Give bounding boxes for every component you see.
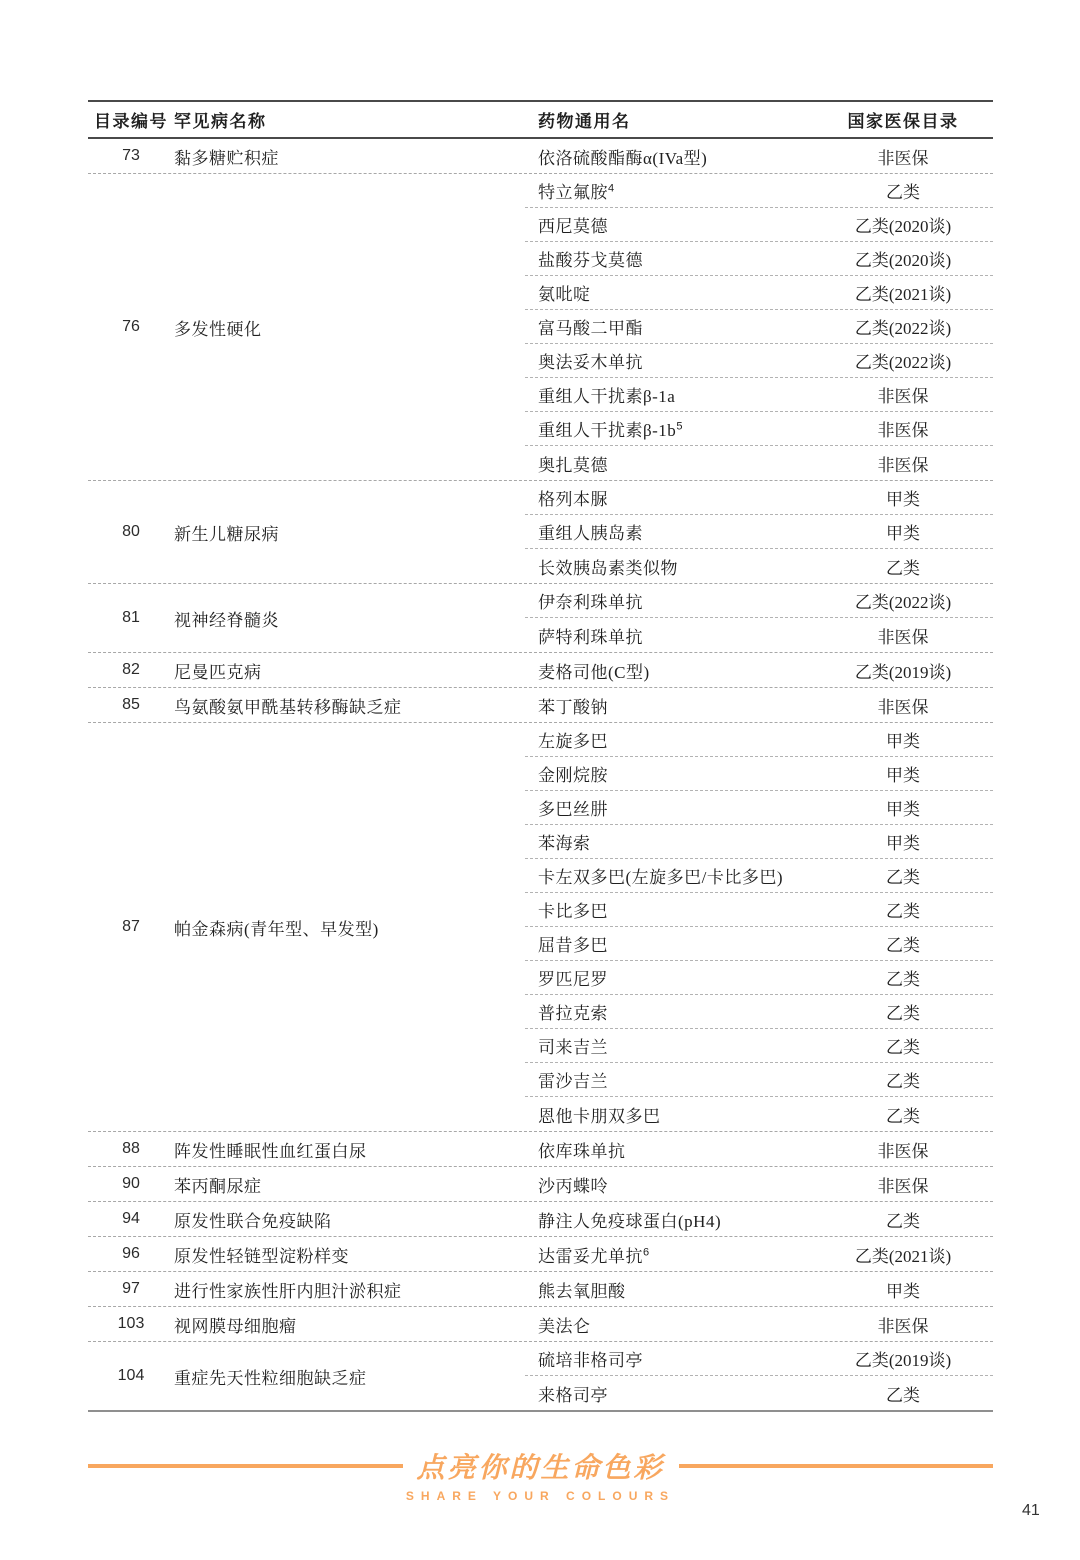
drug-row: 多巴丝肼甲类: [525, 791, 993, 825]
drug-generic-name: 卡比多巴: [525, 897, 813, 922]
drug-list: 熊去氧胆酸甲类: [525, 1272, 993, 1306]
drug-row: 屈昔多巴乙类: [525, 927, 993, 961]
disease-name: 原发性轻链型淀粉样变: [174, 1242, 525, 1267]
disease-name: 进行性家族性肝内胆汁淤积症: [174, 1277, 525, 1302]
drug-generic-name: 氨吡啶: [525, 280, 813, 305]
catalog-number: 97: [88, 1280, 174, 1298]
insurance-category: 非医保: [813, 623, 993, 648]
insurance-category: 非医保: [813, 693, 993, 718]
header-insurance-catalog: 国家医保目录: [813, 107, 993, 132]
drug-generic-name: 奥法妥木单抗: [525, 348, 813, 373]
footnote-marker: 6: [643, 1246, 650, 1258]
drug-generic-name: 苯海索: [525, 829, 813, 854]
drug-list: 依洛硫酸酯酶α(IVa型)非医保: [525, 139, 993, 173]
drug-generic-name: 左旋多巴: [525, 727, 813, 752]
drug-generic-name: 萨特利珠单抗: [525, 623, 813, 648]
drug-generic-name: 重组人胰岛素: [525, 519, 813, 544]
drug-generic-name: 盐酸芬戈莫德: [525, 246, 813, 271]
table-row: 94原发性联合免疫缺陷静注人免疫球蛋白(pH4)乙类: [88, 1202, 993, 1237]
disease-name: 帕金森病(青年型、早发型): [174, 915, 525, 940]
insurance-category: 甲类: [813, 485, 993, 510]
disease-name: 黏多糖贮积症: [174, 144, 525, 169]
table-row: 88阵发性睡眠性血红蛋白尿依库珠单抗非医保: [88, 1132, 993, 1167]
drug-generic-name: 普拉克索: [525, 999, 813, 1024]
drug-generic-name: 富马酸二甲酯: [525, 314, 813, 339]
drug-row: 金刚烷胺甲类: [525, 757, 993, 791]
insurance-category: 乙类(2019谈): [813, 1346, 993, 1371]
disease-name: 新生儿糖尿病: [174, 520, 525, 545]
drug-row: 麦格司他(C型)乙类(2019谈): [525, 653, 993, 687]
catalog-number: 73: [88, 147, 174, 165]
drug-generic-name: 伊奈利珠单抗: [525, 588, 813, 613]
drug-row: 苯丁酸钠非医保: [525, 688, 993, 722]
footer-left-line: [88, 1464, 403, 1468]
catalog-number: 104: [88, 1367, 174, 1385]
drug-row: 来格司亭乙类: [525, 1376, 993, 1410]
table-row: 104重症先天性粒细胞缺乏症硫培非格司亭乙类(2019谈)来格司亭乙类: [88, 1342, 993, 1410]
table-row: 96原发性轻链型淀粉样变达雷妥尤单抗6乙类(2021谈): [88, 1237, 993, 1272]
drug-generic-name: 沙丙蝶呤: [525, 1172, 813, 1197]
drug-generic-name: 多巴丝肼: [525, 795, 813, 820]
drug-generic-name: 来格司亭: [525, 1381, 813, 1406]
footer-logo: 点亮你的生命色彩 SHARE YOUR COLOURS: [88, 1446, 993, 1503]
footer-slogan-zh: 点亮你的生命色彩: [403, 1446, 679, 1486]
drug-generic-name: 硫培非格司亭: [525, 1346, 813, 1371]
catalog-number: 96: [88, 1245, 174, 1263]
page-number: 41: [1022, 1502, 1040, 1520]
insurance-category: 非医保: [813, 144, 993, 169]
table-row: 82尼曼匹克病麦格司他(C型)乙类(2019谈): [88, 653, 993, 688]
drug-generic-name: 静注人免疫球蛋白(pH4): [525, 1207, 813, 1232]
catalog-number: 85: [88, 696, 174, 714]
insurance-category: 乙类: [813, 554, 993, 579]
table-row: 80新生儿糖尿病格列本脲甲类重组人胰岛素甲类长效胰岛素类似物乙类: [88, 481, 993, 584]
drug-row: 长效胰岛素类似物乙类: [525, 549, 993, 583]
drug-row: 硫培非格司亭乙类(2019谈): [525, 1342, 993, 1376]
insurance-category: 乙类: [813, 1102, 993, 1127]
drug-row: 重组人胰岛素甲类: [525, 515, 993, 549]
table-row: 97进行性家族性肝内胆汁淤积症熊去氧胆酸甲类: [88, 1272, 993, 1307]
disease-name: 重症先天性粒细胞缺乏症: [174, 1364, 525, 1389]
drug-row: 恩他卡朋双多巴乙类: [525, 1097, 993, 1131]
insurance-category: 乙类: [813, 965, 993, 990]
drug-row: 重组人干扰素β-1b5非医保: [525, 412, 993, 446]
disease-name: 阵发性睡眠性血红蛋白尿: [174, 1137, 525, 1162]
table-row: 87帕金森病(青年型、早发型)左旋多巴甲类金刚烷胺甲类多巴丝肼甲类苯海索甲类卡左…: [88, 723, 993, 1132]
drug-generic-name: 美法仑: [525, 1312, 813, 1337]
header-drug-generic-name: 药物通用名: [525, 107, 813, 132]
insurance-category: 乙类(2020谈): [813, 246, 993, 271]
drug-generic-name: 依洛硫酸酯酶α(IVa型): [525, 144, 813, 169]
drug-row: 依洛硫酸酯酶α(IVa型)非医保: [525, 139, 993, 173]
catalog-number: 90: [88, 1175, 174, 1193]
table-row: 81视神经脊髓炎伊奈利珠单抗乙类(2022谈)萨特利珠单抗非医保: [88, 584, 993, 653]
drug-list: 沙丙蝶呤非医保: [525, 1167, 993, 1201]
drug-list: 静注人免疫球蛋白(pH4)乙类: [525, 1202, 993, 1236]
header-catalog-number: 目录编号: [88, 107, 174, 132]
drug-row: 富马酸二甲酯乙类(2022谈): [525, 310, 993, 344]
drug-list: 苯丁酸钠非医保: [525, 688, 993, 722]
drug-list: 特立氟胺4乙类西尼莫德乙类(2020谈)盐酸芬戈莫德乙类(2020谈)氨吡啶乙类…: [525, 174, 993, 480]
table-body: 73黏多糖贮积症依洛硫酸酯酶α(IVa型)非医保76多发性硬化特立氟胺4乙类西尼…: [88, 139, 993, 1410]
footer-right-line: [679, 1464, 994, 1468]
insurance-category: 乙类(2022谈): [813, 314, 993, 339]
disease-name: 原发性联合免疫缺陷: [174, 1207, 525, 1232]
footnote-marker: 5: [676, 420, 683, 432]
disease-name: 视神经脊髓炎: [174, 606, 525, 631]
drug-row: 萨特利珠单抗非医保: [525, 618, 993, 652]
drug-list: 格列本脲甲类重组人胰岛素甲类长效胰岛素类似物乙类: [525, 481, 993, 583]
drug-row: 卡比多巴乙类: [525, 893, 993, 927]
drug-generic-name: 屈昔多巴: [525, 931, 813, 956]
drug-generic-name: 恩他卡朋双多巴: [525, 1102, 813, 1127]
drug-row: 依库珠单抗非医保: [525, 1132, 993, 1166]
insurance-category: 乙类(2019谈): [813, 658, 993, 683]
drug-list: 美法仑非医保: [525, 1307, 993, 1341]
drug-generic-name: 麦格司他(C型): [525, 658, 813, 683]
insurance-category: 甲类: [813, 829, 993, 854]
insurance-category: 乙类(2021谈): [813, 1242, 993, 1267]
drug-generic-name: 熊去氧胆酸: [525, 1277, 813, 1302]
drug-row: 格列本脲甲类: [525, 481, 993, 515]
drug-generic-name: 格列本脲: [525, 485, 813, 510]
footer-logo-row: 点亮你的生命色彩: [88, 1446, 993, 1486]
catalog-number: 87: [88, 918, 174, 936]
footnote-marker: 4: [608, 182, 615, 194]
header-disease-name: 罕见病名称: [174, 107, 525, 132]
disease-name: 尼曼匹克病: [174, 658, 525, 683]
drug-generic-name: 金刚烷胺: [525, 761, 813, 786]
table-row: 73黏多糖贮积症依洛硫酸酯酶α(IVa型)非医保: [88, 139, 993, 174]
catalog-number: 80: [88, 523, 174, 541]
drug-row: 沙丙蝶呤非医保: [525, 1167, 993, 1201]
insurance-category: 甲类: [813, 1277, 993, 1302]
drug-row: 熊去氧胆酸甲类: [525, 1272, 993, 1306]
insurance-category: 乙类: [813, 1033, 993, 1058]
insurance-category: 乙类(2020谈): [813, 212, 993, 237]
catalog-number: 94: [88, 1210, 174, 1228]
insurance-category: 非医保: [813, 451, 993, 476]
drug-row: 奥法妥木单抗乙类(2022谈): [525, 344, 993, 378]
insurance-category: 非医保: [813, 416, 993, 441]
drug-generic-name: 达雷妥尤单抗6: [525, 1242, 813, 1267]
insurance-category: 乙类: [813, 1381, 993, 1406]
document-page: 目录编号 罕见病名称 药物通用名 国家医保目录 73黏多糖贮积症依洛硫酸酯酶α(…: [0, 0, 1080, 1560]
drug-row: 盐酸芬戈莫德乙类(2020谈): [525, 242, 993, 276]
insurance-category: 乙类(2022谈): [813, 348, 993, 373]
drug-row: 雷沙吉兰乙类: [525, 1063, 993, 1097]
drug-generic-name: 重组人干扰素β-1a: [525, 382, 813, 407]
drug-row: 苯海索甲类: [525, 825, 993, 859]
insurance-category: 乙类(2022谈): [813, 588, 993, 613]
drug-generic-name: 司来吉兰: [525, 1033, 813, 1058]
drug-list: 硫培非格司亭乙类(2019谈)来格司亭乙类: [525, 1342, 993, 1410]
footer-slogan-en: SHARE YOUR COLOURS: [88, 1489, 993, 1503]
drug-generic-name: 特立氟胺4: [525, 178, 813, 203]
drug-list: 左旋多巴甲类金刚烷胺甲类多巴丝肼甲类苯海索甲类卡左双多巴(左旋多巴/卡比多巴)乙…: [525, 723, 993, 1131]
insurance-category: 乙类: [813, 897, 993, 922]
table-row: 90苯丙酮尿症沙丙蝶呤非医保: [88, 1167, 993, 1202]
drug-row: 氨吡啶乙类(2021谈): [525, 276, 993, 310]
drug-generic-name: 长效胰岛素类似物: [525, 554, 813, 579]
drug-row: 特立氟胺4乙类: [525, 174, 993, 208]
drug-generic-name: 苯丁酸钠: [525, 693, 813, 718]
table-row: 76多发性硬化特立氟胺4乙类西尼莫德乙类(2020谈)盐酸芬戈莫德乙类(2020…: [88, 174, 993, 481]
insurance-category: 乙类: [813, 1067, 993, 1092]
drug-row: 伊奈利珠单抗乙类(2022谈): [525, 584, 993, 618]
drug-list: 达雷妥尤单抗6乙类(2021谈): [525, 1237, 993, 1271]
disease-name: 鸟氨酸氨甲酰基转移酶缺乏症: [174, 693, 525, 718]
table-header-row: 目录编号 罕见病名称 药物通用名 国家医保目录: [88, 102, 993, 139]
drug-row: 司来吉兰乙类: [525, 1029, 993, 1063]
drug-generic-name: 罗匹尼罗: [525, 965, 813, 990]
drug-generic-name: 奥扎莫德: [525, 451, 813, 476]
rare-disease-drug-table: 目录编号 罕见病名称 药物通用名 国家医保目录 73黏多糖贮积症依洛硫酸酯酶α(…: [88, 100, 993, 1412]
insurance-category: 非医保: [813, 1172, 993, 1197]
drug-list: 依库珠单抗非医保: [525, 1132, 993, 1166]
insurance-category: 乙类: [813, 931, 993, 956]
catalog-number: 103: [88, 1315, 174, 1333]
drug-row: 奥扎莫德非医保: [525, 446, 993, 480]
insurance-category: 乙类: [813, 178, 993, 203]
drug-row: 静注人免疫球蛋白(pH4)乙类: [525, 1202, 993, 1236]
catalog-number: 76: [88, 318, 174, 336]
insurance-category: 乙类: [813, 999, 993, 1024]
drug-list: 麦格司他(C型)乙类(2019谈): [525, 653, 993, 687]
insurance-category: 非医保: [813, 382, 993, 407]
disease-name: 苯丙酮尿症: [174, 1172, 525, 1197]
insurance-category: 甲类: [813, 727, 993, 752]
catalog-number: 81: [88, 609, 174, 627]
table-row: 103视网膜母细胞瘤美法仑非医保: [88, 1307, 993, 1342]
drug-row: 普拉克索乙类: [525, 995, 993, 1029]
drug-row: 达雷妥尤单抗6乙类(2021谈): [525, 1237, 993, 1271]
drug-generic-name: 卡左双多巴(左旋多巴/卡比多巴): [525, 863, 813, 888]
catalog-number: 82: [88, 661, 174, 679]
drug-list: 伊奈利珠单抗乙类(2022谈)萨特利珠单抗非医保: [525, 584, 993, 652]
insurance-category: 非医保: [813, 1312, 993, 1337]
insurance-category: 甲类: [813, 761, 993, 786]
drug-row: 左旋多巴甲类: [525, 723, 993, 757]
insurance-category: 非医保: [813, 1137, 993, 1162]
drug-generic-name: 西尼莫德: [525, 212, 813, 237]
drug-generic-name: 重组人干扰素β-1b5: [525, 416, 813, 441]
drug-generic-name: 雷沙吉兰: [525, 1067, 813, 1092]
drug-row: 美法仑非医保: [525, 1307, 993, 1341]
insurance-category: 甲类: [813, 795, 993, 820]
table-row: 85鸟氨酸氨甲酰基转移酶缺乏症苯丁酸钠非医保: [88, 688, 993, 723]
drug-row: 罗匹尼罗乙类: [525, 961, 993, 995]
drug-row: 重组人干扰素β-1a非医保: [525, 378, 993, 412]
drug-row: 卡左双多巴(左旋多巴/卡比多巴)乙类: [525, 859, 993, 893]
disease-name: 多发性硬化: [174, 315, 525, 340]
insurance-category: 甲类: [813, 519, 993, 544]
insurance-category: 乙类: [813, 1207, 993, 1232]
drug-generic-name: 依库珠单抗: [525, 1137, 813, 1162]
insurance-category: 乙类(2021谈): [813, 280, 993, 305]
catalog-number: 88: [88, 1140, 174, 1158]
disease-name: 视网膜母细胞瘤: [174, 1312, 525, 1337]
insurance-category: 乙类: [813, 863, 993, 888]
drug-row: 西尼莫德乙类(2020谈): [525, 208, 993, 242]
